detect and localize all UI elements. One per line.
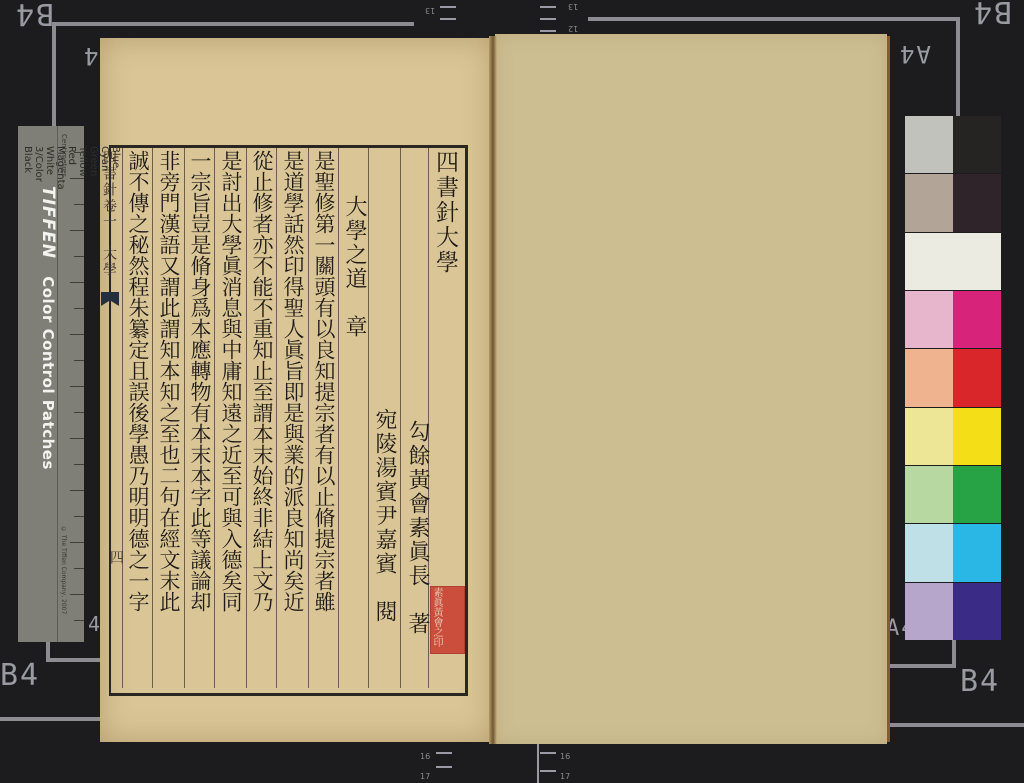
ruler-number: 13: [568, 2, 578, 11]
column-rule: [214, 148, 215, 688]
column-rule: [152, 148, 153, 688]
author-column: 勾餘黃會素眞長 著: [403, 420, 431, 636]
column-rule: [276, 148, 277, 688]
ruler-number: 17: [420, 772, 430, 781]
red-seal-stamp: 素眞黃會之印: [430, 586, 465, 654]
color-patch: [905, 116, 953, 173]
board-label-b4: B4: [0, 658, 40, 693]
center-ruler-line: [537, 740, 539, 783]
color-patch: [905, 524, 953, 581]
board-guide-left-vertical: [52, 22, 56, 128]
board-label-b4: B4: [14, 0, 54, 31]
ruler-tick: [440, 18, 456, 20]
column-rule: [338, 148, 339, 688]
ruler-number: 16: [560, 752, 570, 761]
color-patch: [905, 174, 953, 231]
color-patch: [953, 291, 1001, 348]
tiffen-title: TIFFEN Color Control Patches: [38, 186, 58, 470]
seal-text: 素眞黃會之印: [431, 587, 442, 647]
color-name: Green: [88, 146, 99, 186]
strip-title: Color Control Patches: [39, 276, 57, 470]
color-calibration-chart: [905, 116, 1001, 641]
board-guide-right-vertical: [956, 17, 960, 117]
ruler-number: 16: [420, 752, 430, 761]
ruler-tick: [436, 752, 452, 754]
color-patch: [905, 466, 953, 523]
color-name: Cyan: [99, 146, 110, 186]
body-column: 從止修者亦不能不重知止至謂本末始終非結上文乃: [248, 150, 276, 612]
board-label-b4: B4: [960, 664, 1000, 699]
body-column: 是討出大學眞消息與中庸知遠之近至可與入德矣同: [217, 150, 245, 612]
board-guide-top-left: [52, 22, 414, 26]
page-number: 四: [102, 550, 130, 566]
color-patch: [953, 524, 1001, 581]
board-guide-top-right: [588, 17, 960, 21]
column-rule: [246, 148, 247, 688]
tiffen-logo: TIFFEN: [38, 186, 58, 259]
ruler-number: 13: [425, 6, 435, 15]
board-guide-bottom-left-h: [46, 658, 102, 662]
ruler-tick: [436, 766, 452, 768]
title-column: 四書針大學: [431, 150, 459, 275]
color-patch: [953, 349, 1001, 406]
color-patch: [953, 408, 1001, 465]
board-guide-bottom-left-long: [0, 717, 100, 721]
ruler-number: 17: [560, 772, 570, 781]
color-patch: [905, 233, 953, 290]
color-name: Black: [22, 146, 33, 220]
column-rule: [184, 148, 185, 688]
body-column: 一宗旨豈是脩身爲本應轉物有本末本字此等議論却: [186, 150, 214, 612]
color-patch: [905, 408, 953, 465]
color-patch: [905, 349, 953, 406]
color-patch: [953, 174, 1001, 231]
board-label-b4: B4: [972, 0, 1012, 29]
tiffen-color-control-strip: Blue Cyan Green Yellow Red Magenta White…: [18, 126, 84, 642]
ruler-tick: [540, 30, 556, 32]
body-column: 誠不傳之秘然程朱纂定且誤後學愚乃明明德之一字: [124, 150, 152, 612]
body-column: 是道學話然印得聖人眞旨即是與業的派良知尚矣近: [279, 150, 307, 612]
column-rule: [400, 148, 401, 688]
board-label-a4: A4: [898, 40, 931, 68]
ruler-tick: [440, 6, 456, 8]
color-patch: [953, 466, 1001, 523]
column-rule: [368, 148, 369, 688]
color-patch: [953, 233, 1001, 290]
board-guide-bottom-right-v: [952, 640, 956, 668]
ruler-tick: [540, 18, 556, 20]
body-column: 是聖修第一關頭有以良知提宗者有以止脩提宗者雖: [310, 150, 338, 612]
color-name: Blue: [110, 146, 121, 186]
ruler-tick: [540, 752, 556, 754]
book-gutter: [489, 36, 497, 744]
color-name: White: [44, 146, 55, 190]
color-patch: [953, 583, 1001, 640]
board-guide-bottom-right-h: [890, 664, 954, 668]
right-page-blank: [495, 34, 887, 744]
ruler-tick: [540, 6, 556, 8]
color-name: 3/Color: [33, 146, 44, 190]
ruler-number: 12: [568, 24, 578, 33]
color-patch: [905, 583, 953, 640]
chapter-heading: 大學之道 章: [340, 195, 368, 339]
column-rule: [308, 148, 309, 688]
board-guide-bottom-right-long: [890, 723, 1024, 727]
column-rule: [122, 148, 123, 688]
color-patch: [905, 291, 953, 348]
centimetre-ruler: [57, 126, 84, 642]
color-patch: [953, 116, 1001, 173]
body-column: 非旁門漢語又謂此謂知本知之至也二句在經文末此: [155, 150, 183, 612]
board-guide-bottom-left-v: [46, 640, 50, 660]
reviser-column: 宛陵湯賓尹嘉賓 閱: [370, 408, 398, 624]
ruler-tick: [540, 770, 556, 772]
